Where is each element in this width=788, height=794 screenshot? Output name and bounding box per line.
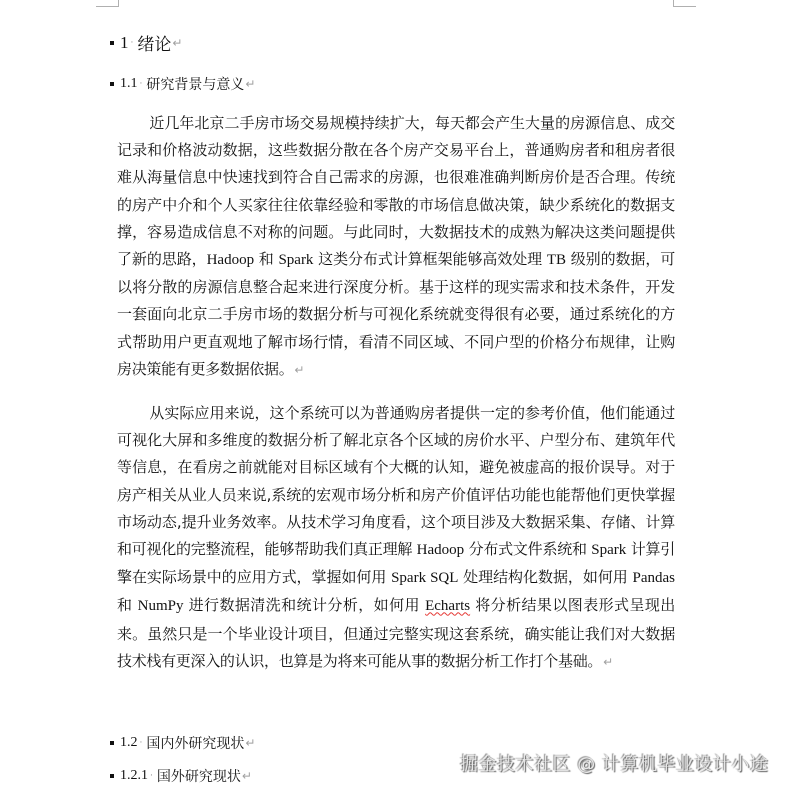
text-run: 和 (254, 250, 278, 268)
tab-mark: · (150, 771, 153, 781)
paragraph-mark-icon: ↵ (245, 736, 255, 750)
text-run: Pandas (633, 570, 676, 586)
text-run: Hadoop (207, 252, 255, 268)
heading-number: 1 (120, 33, 129, 53)
text-run: Spark (591, 542, 626, 558)
paragraph-mark-icon: ↵ (245, 77, 255, 91)
text-run: TB (547, 252, 566, 268)
text-run: 进行数据清洗和统计分析，如何用 (183, 596, 425, 614)
text-run: Spark SQL (391, 570, 458, 586)
heading-title: 国外研究现状 (157, 766, 241, 786)
list-bullet-icon (110, 82, 114, 86)
text-run: 分布式文件系统和 (464, 540, 591, 558)
body-paragraph-2[interactable]: 从实际应用来说，这个系统可以为普通购房者提供一定的参考价值，他们能通过可视化大屏… (117, 400, 675, 676)
crop-mark-left (96, 0, 119, 7)
heading-number: 1.2 (120, 735, 138, 751)
watermark: 掘金技术社区 @ 计算机毕业设计小途 (460, 750, 768, 776)
text-run: 和 (117, 596, 138, 614)
paragraph-mark-icon: ↵ (294, 363, 304, 377)
crop-mark-right (673, 0, 696, 7)
text-run: NumPy (138, 598, 184, 614)
text-run: 从实际应用来说，这个系统可以为普通购房者提供一定的参考价值，他们能通过可视化大屏… (117, 404, 675, 558)
text-run: Spark (278, 252, 313, 268)
heading-title: 国内外研究现状 (146, 733, 244, 753)
paragraph-mark-icon: ↵ (603, 655, 613, 669)
paragraph-mark-icon: ↵ (172, 36, 182, 50)
list-bullet-icon (110, 41, 114, 45)
heading-number: 1.1 (120, 76, 138, 92)
heading-title: 绪论 (137, 30, 171, 55)
text-run: 级别的数据，可以将分散的房源信息整合起来进行深度分析。基于这样的现实需求和技术条… (117, 250, 675, 378)
heading-title: 研究背景与意义 (146, 74, 244, 94)
tab-mark: · (131, 38, 134, 48)
list-bullet-icon (110, 774, 114, 778)
list-bullet-icon (110, 741, 114, 745)
spellcheck-word[interactable]: Echarts (425, 598, 470, 614)
tab-mark: · (140, 79, 143, 89)
text-run: 近几年北京二手房市场交易规模持续扩大，每天都会产生大量的房源信息、成交记录和价格… (117, 114, 675, 268)
paragraph-mark-icon: ↵ (242, 769, 252, 783)
body-paragraph-1[interactable]: 近几年北京二手房市场交易规模持续扩大，每天都会产生大量的房源信息、成交记录和价格… (117, 110, 675, 384)
text-run: 这类分布式计算框架能够高效处理 (313, 250, 546, 268)
heading-1-2[interactable]: 1.2 · 国内外研究现状 ↵ (110, 733, 255, 753)
heading-1[interactable]: 1 · 绪论 ↵ (110, 30, 182, 55)
text-run: 处理结构化数据，如何用 (458, 568, 632, 586)
tab-mark: · (140, 738, 143, 748)
heading-1-2-1[interactable]: 1.2.1 · 国外研究现状 ↵ (110, 766, 252, 786)
heading-number: 1.2.1 (120, 768, 148, 784)
text-run: Hadoop (417, 542, 465, 558)
heading-1-1[interactable]: 1.1 · 研究背景与意义 ↵ (110, 74, 255, 94)
